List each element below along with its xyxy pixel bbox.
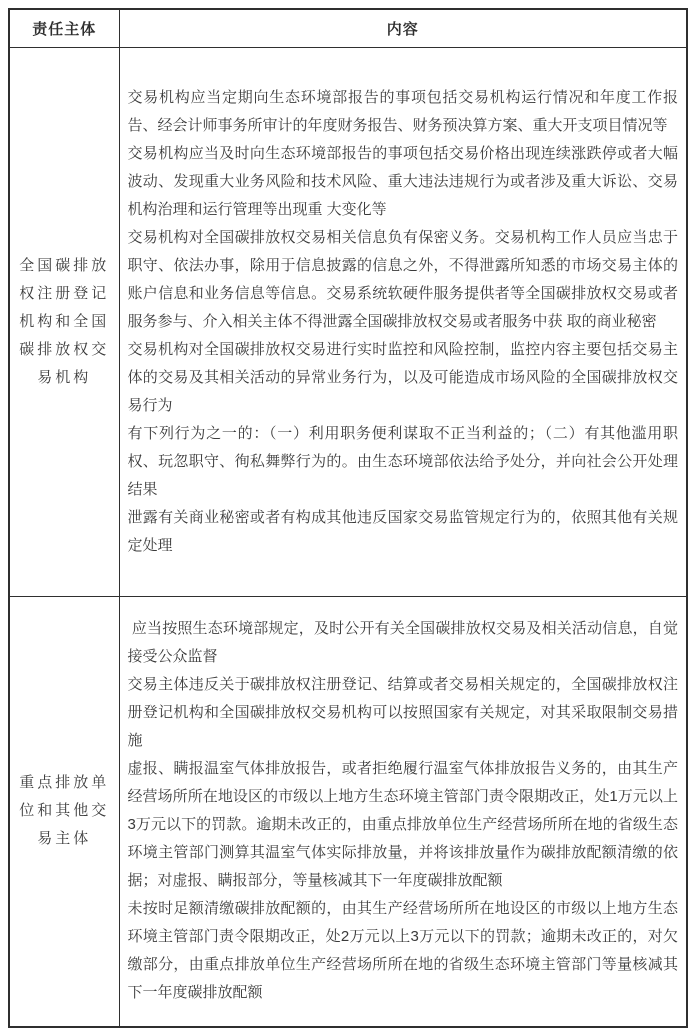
paragraph: 交易机构应当及时向生态环境部报告的事项包括交易价格出现连续涨跌停或者大幅波动、发…	[128, 140, 679, 224]
subject-cell: 重点排放单位和其他交易主体	[9, 596, 119, 1027]
header-row: 责任主体 内容	[9, 9, 687, 47]
subject-cell: 全国碳排放权注册登记机构和全国碳排放权交易机构	[9, 47, 119, 596]
table-row-key-emission-units: 重点排放单位和其他交易主体 应当按照生态环境部规定，及时公开有关全国碳排放权交易…	[9, 596, 687, 1027]
content-cell: 应当按照生态环境部规定，及时公开有关全国碳排放权交易及相关活动信息，自觉接受公众…	[119, 596, 687, 1027]
paragraph: 未按时足额清缴碳排放配额的，由其生产经营场所所在地设区的市级以上地方生态环境主管…	[128, 895, 679, 1007]
paragraph: 有下列行为之一的：（一）利用职务便利谋取不正当利益的；（二）有其他滥用职权、玩忽…	[128, 420, 679, 504]
paragraph: 交易机构对全国碳排放权交易相关信息负有保密义务。交易机构工作人员应当忠于职守、依…	[128, 224, 679, 336]
column-header-content: 内容	[119, 9, 687, 47]
paragraph: 交易主体违反关于碳排放权注册登记、结算或者交易相关规定的，全国碳排放权注册登记机…	[128, 671, 679, 755]
paragraph: 交易机构对全国碳排放权交易进行实时监控和风险控制，监控内容主要包括交易主体的交易…	[128, 336, 679, 420]
paragraph: 交易机构应当定期向生态环境部报告的事项包括交易机构运行情况和年度工作报告、经会计…	[128, 84, 679, 140]
responsibility-table: 责任主体 内容 全国碳排放权注册登记机构和全国碳排放权交易机构 交易机构应当定期…	[8, 8, 688, 1028]
paragraph: 泄露有关商业秘密或者有构成其他违反国家交易监管规定行为的，依照其他有关规定处理	[128, 504, 679, 560]
paragraph: 应当按照生态环境部规定，及时公开有关全国碳排放权交易及相关活动信息，自觉接受公众…	[128, 615, 679, 671]
paragraph: 虚报、瞒报温室气体排放报告，或者拒绝履行温室气体排放报告义务的，由其生产经营场所…	[128, 755, 679, 895]
document-page: 责任主体 内容 全国碳排放权注册登记机构和全国碳排放权交易机构 交易机构应当定期…	[0, 0, 694, 1032]
column-header-subject: 责任主体	[9, 9, 119, 47]
content-cell: 交易机构应当定期向生态环境部报告的事项包括交易机构运行情况和年度工作报告、经会计…	[119, 47, 687, 596]
table-row-registration-and-trading-institutions: 全国碳排放权注册登记机构和全国碳排放权交易机构 交易机构应当定期向生态环境部报告…	[9, 47, 687, 596]
